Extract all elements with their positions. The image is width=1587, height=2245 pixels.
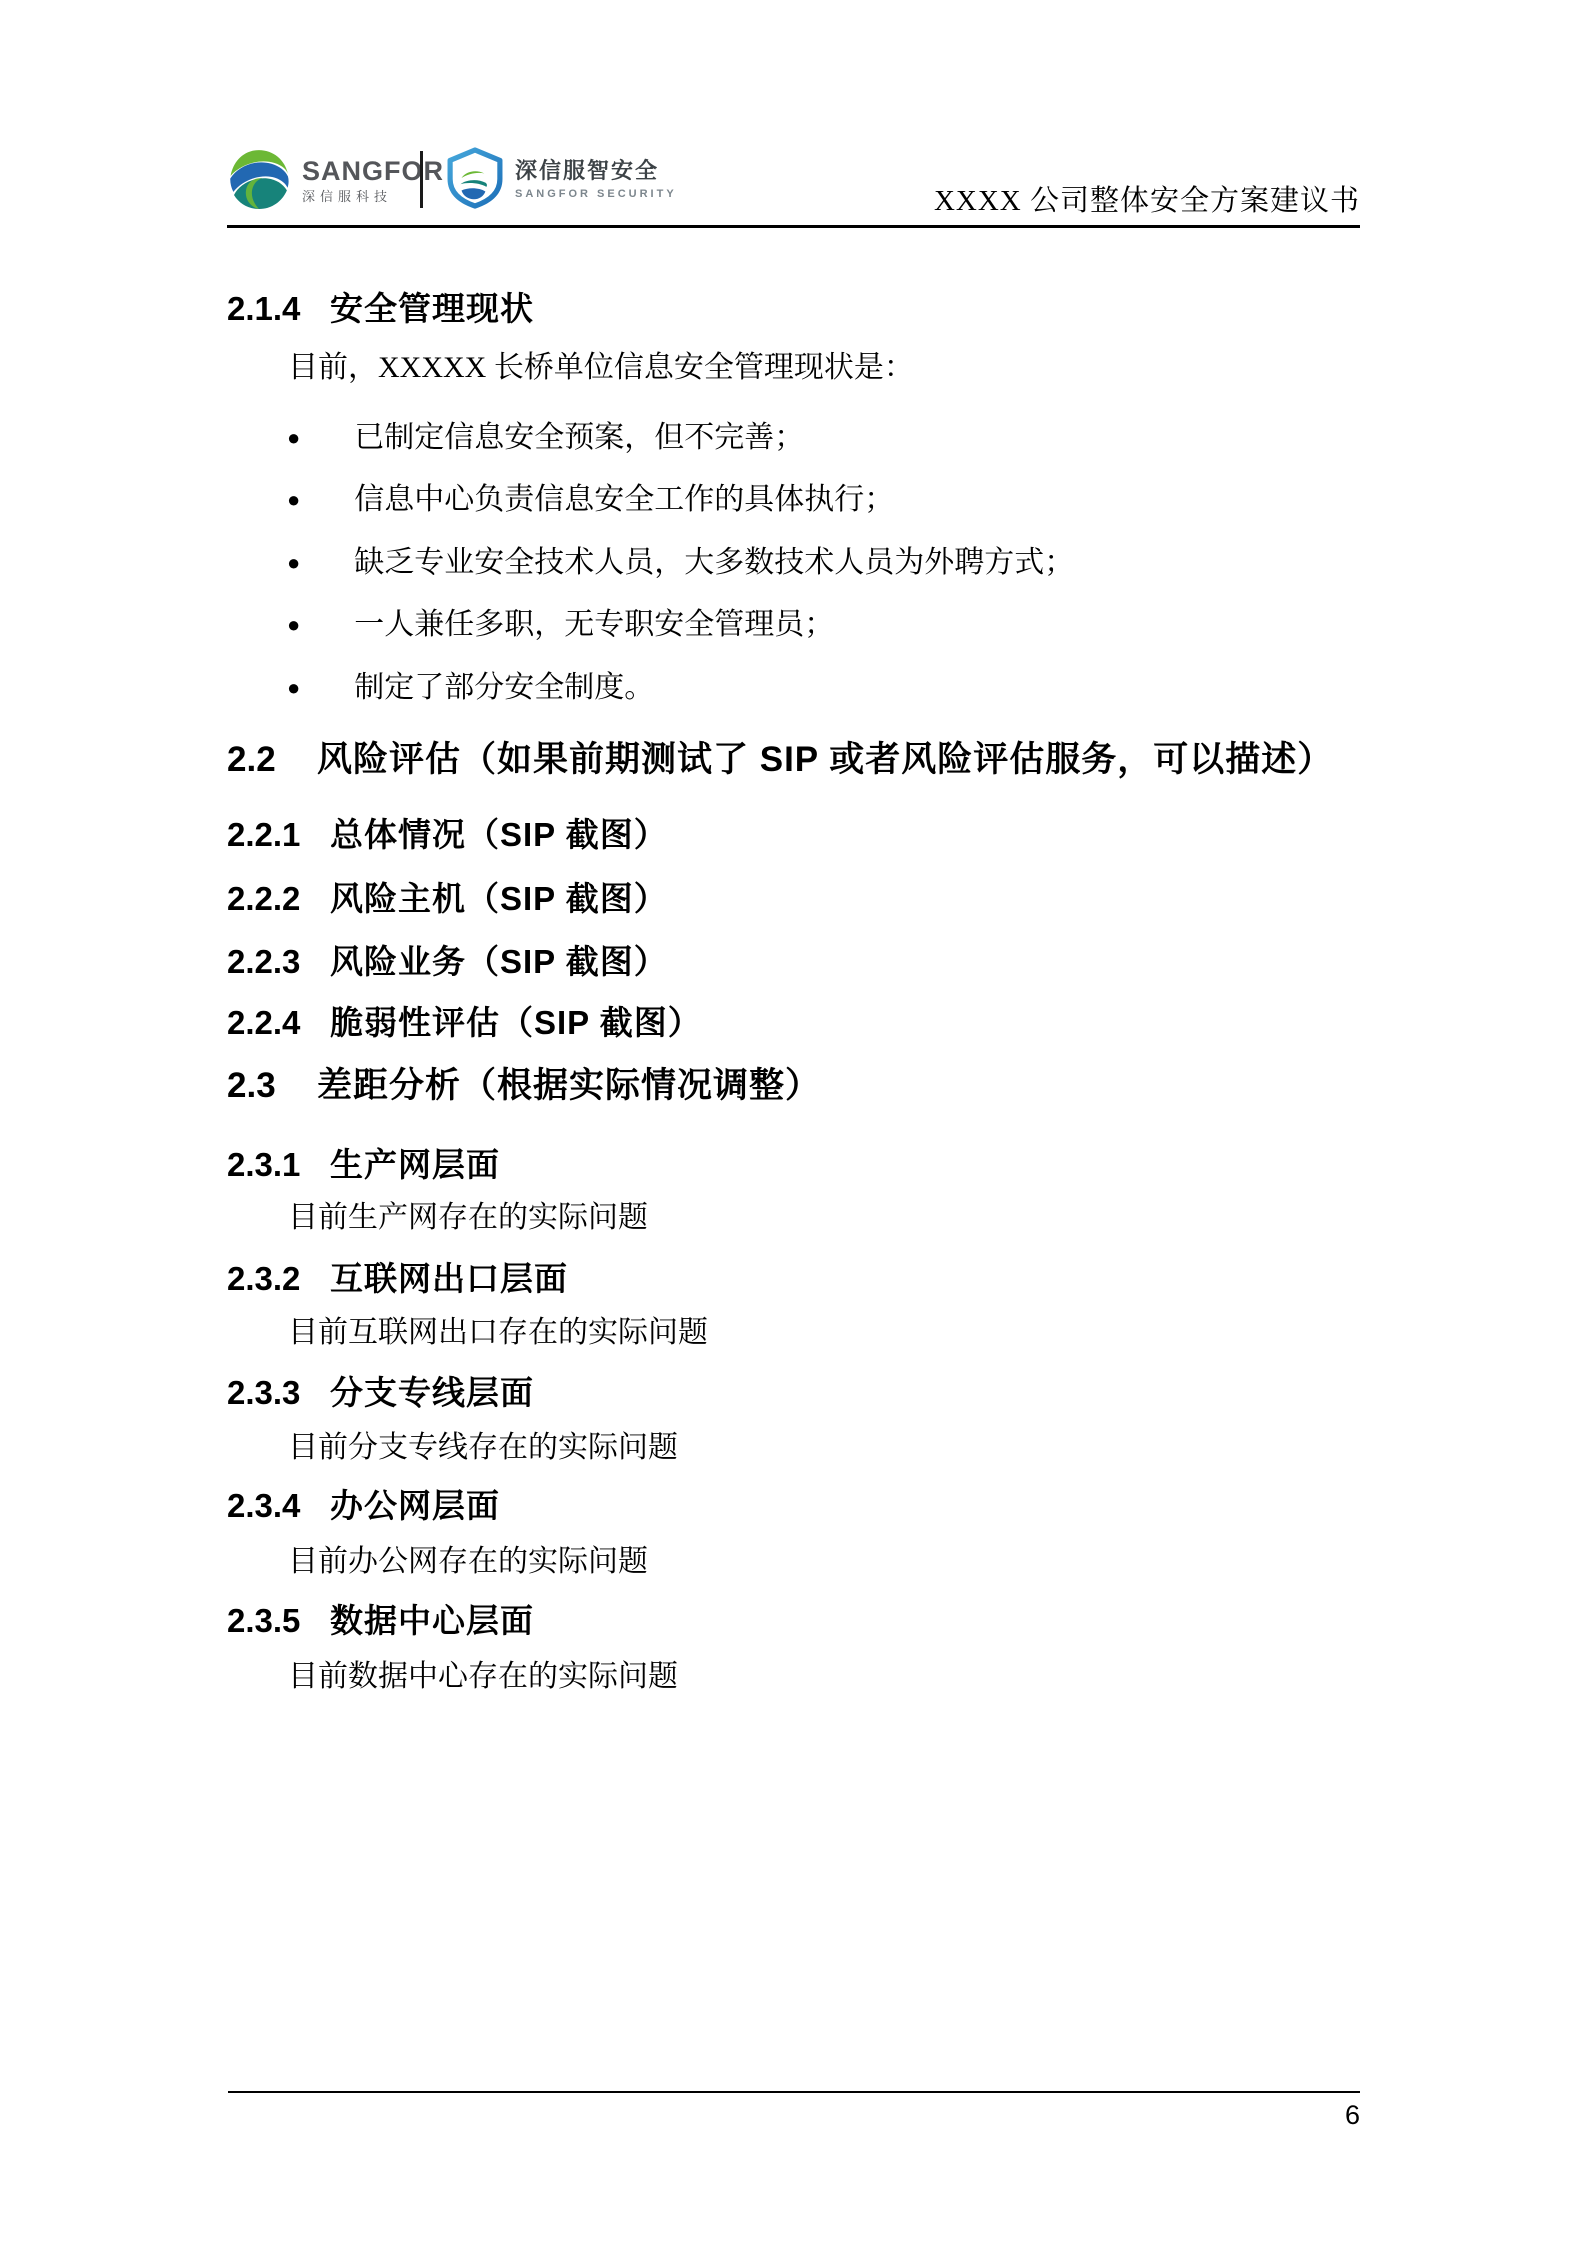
intro-paragraph: 目前，XXXXX 长桥单位信息安全管理现状是： xyxy=(227,349,1397,387)
heading-title: 脆弱性评估（SIP 截图） xyxy=(330,1004,702,1042)
heading-title: 生产网层面 xyxy=(330,1146,500,1184)
heading-2-2-2: 2.2.2 风险主机（SIP 截图） xyxy=(227,880,1397,918)
section-paragraph: 目前互联网出口存在的实际问题 xyxy=(227,1314,1397,1352)
heading-number: 2.3.3 xyxy=(227,1374,330,1412)
heading-title: 互联网出口层面 xyxy=(330,1260,568,1298)
heading-2-3-1: 2.3.1 生产网层面 xyxy=(227,1146,1397,1184)
heading-title: 安全管理现状 xyxy=(330,290,534,328)
header-rule xyxy=(227,225,1360,228)
bullet-text: 制定了部分安全制度。 xyxy=(354,670,654,706)
document-page: SANGFOR 深信服科技 深信服智安全 SANGFOR SECURITY XX… xyxy=(0,0,1587,2245)
section-paragraph: 目前分支专线存在的实际问题 xyxy=(227,1429,1397,1467)
logo-divider xyxy=(420,151,423,208)
header-document-title: XXXX 公司整体安全方案建议书 xyxy=(934,186,1360,218)
sangfor-security-text: 深信服智安全 SANGFOR SECURITY xyxy=(515,160,677,200)
heading-number: 2.1.4 xyxy=(227,290,330,328)
bullet-text: 一人兼任多职，无专职安全管理员； xyxy=(354,607,834,643)
heading-2-2: 2.2 风险评估（如果前期测试了 SIP 或者风险评估服务，可以描述） xyxy=(227,740,1397,780)
heading-2-3-4: 2.3.4 办公网层面 xyxy=(227,1487,1397,1525)
bullet-text: 缺乏专业安全技术人员，大多数技术人员为外聘方式； xyxy=(354,545,1074,581)
heading-2-3: 2.3 差距分析（根据实际情况调整） xyxy=(227,1066,1397,1106)
bullet-item: ● 已制定信息安全预案，但不完善； xyxy=(227,420,1397,456)
bullet-icon: ● xyxy=(287,427,300,449)
heading-title: 办公网层面 xyxy=(330,1487,500,1525)
heading-number: 2.2.1 xyxy=(227,816,330,854)
section-paragraph: 目前办公网存在的实际问题 xyxy=(227,1543,1397,1581)
heading-2-3-5: 2.3.5 数据中心层面 xyxy=(227,1602,1397,1640)
sangfor-globe-logo-icon xyxy=(228,146,290,212)
heading-title: 风险主机（SIP 截图） xyxy=(330,880,668,918)
security-brand-subtitle: SANGFOR SECURITY xyxy=(515,189,677,200)
heading-title: 风险评估（如果前期测试了 SIP 或者风险评估服务，可以描述） xyxy=(317,740,1333,780)
heading-2-2-4: 2.2.4 脆弱性评估（SIP 截图） xyxy=(227,1004,1397,1042)
heading-number: 2.3.2 xyxy=(227,1260,330,1298)
heading-2-2-1: 2.2.1 总体情况（SIP 截图） xyxy=(227,816,1397,854)
sangfor-security-shield-logo-icon xyxy=(447,146,503,210)
security-brand-name: 深信服智安全 xyxy=(515,160,677,182)
heading-title: 数据中心层面 xyxy=(330,1602,534,1640)
heading-number: 2.3.5 xyxy=(227,1602,330,1640)
bullet-icon: ● xyxy=(287,677,300,699)
bullet-item: ● 缺乏专业安全技术人员，大多数技术人员为外聘方式； xyxy=(227,545,1397,581)
heading-2-3-3: 2.3.3 分支专线层面 xyxy=(227,1374,1397,1412)
heading-2-1-4: 2.1.4 安全管理现状 xyxy=(227,290,1397,328)
heading-title: 总体情况（SIP 截图） xyxy=(330,816,668,854)
page-number: 6 xyxy=(1345,2102,1360,2129)
heading-title: 风险业务（SIP 截图） xyxy=(330,943,668,981)
bullet-text: 已制定信息安全预案，但不完善； xyxy=(354,420,804,456)
heading-number: 2.3.1 xyxy=(227,1146,330,1184)
section-paragraph: 目前数据中心存在的实际问题 xyxy=(227,1658,1397,1696)
heading-number: 2.3.4 xyxy=(227,1487,330,1525)
heading-2-2-3: 2.2.3 风险业务（SIP 截图） xyxy=(227,943,1397,981)
heading-title: 分支专线层面 xyxy=(330,1374,534,1412)
heading-number: 2.3 xyxy=(227,1066,317,1106)
bullet-icon: ● xyxy=(287,614,300,636)
heading-2-3-2: 2.3.2 互联网出口层面 xyxy=(227,1260,1397,1298)
bullet-text: 信息中心负责信息安全工作的具体执行； xyxy=(354,482,894,518)
bullet-item: ● 制定了部分安全制度。 xyxy=(227,670,1397,706)
heading-number: 2.2.2 xyxy=(227,880,330,918)
heading-number: 2.2.3 xyxy=(227,943,330,981)
bullet-icon: ● xyxy=(287,552,300,574)
bullet-item: ● 信息中心负责信息安全工作的具体执行； xyxy=(227,482,1397,518)
footer-rule xyxy=(228,2091,1360,2093)
heading-number: 2.2.4 xyxy=(227,1004,330,1042)
section-paragraph: 目前生产网存在的实际问题 xyxy=(227,1199,1397,1237)
bullet-icon: ● xyxy=(287,489,300,511)
heading-number: 2.2 xyxy=(227,740,317,780)
heading-title: 差距分析（根据实际情况调整） xyxy=(317,1066,821,1106)
bullet-item: ● 一人兼任多职，无专职安全管理员； xyxy=(227,607,1397,643)
